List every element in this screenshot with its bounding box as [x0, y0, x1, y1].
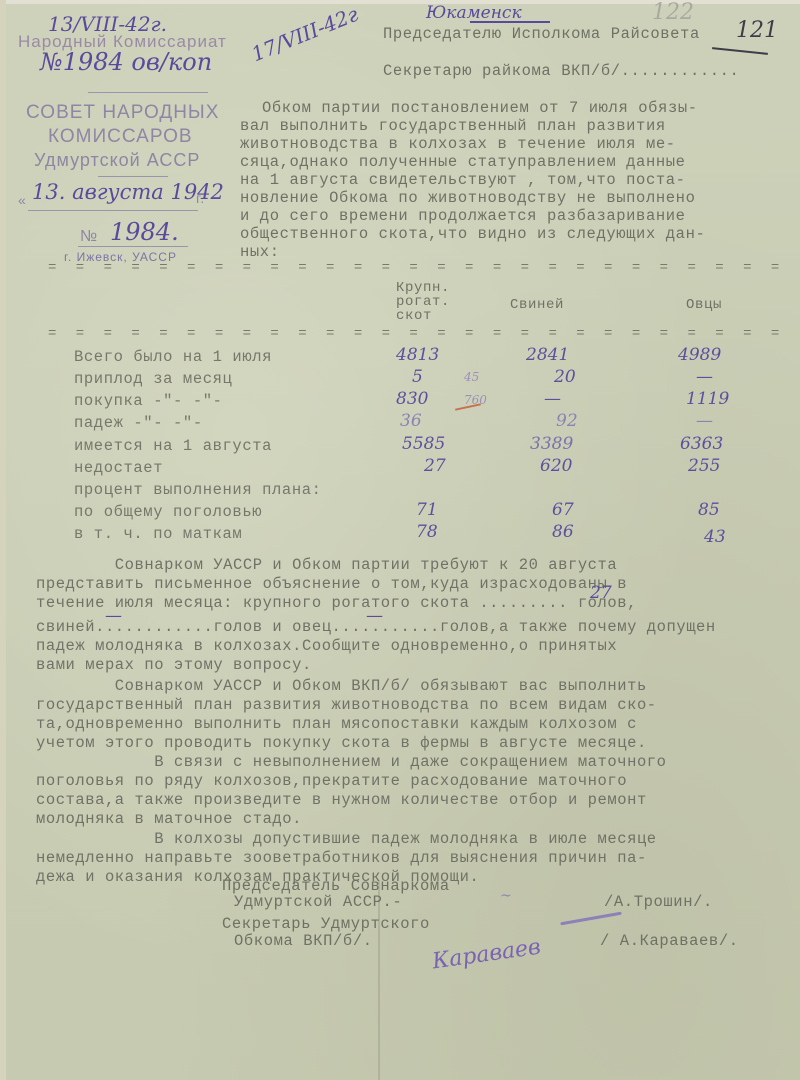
para-line: В колхозы допустившие падеж молодняка в …	[36, 830, 796, 850]
para-line: молодняка в маточное стадо.	[36, 810, 796, 830]
para-line: поголовья по ряду колхозов,прекратите ра…	[36, 772, 796, 792]
archive-number-ink: 121	[736, 18, 778, 43]
row-label: покупка -"- -"-	[74, 392, 223, 410]
cell-pigs: 620	[540, 456, 572, 476]
stamp-number-handwritten: 1984.	[110, 218, 179, 246]
cell-sheep: 4989	[678, 345, 721, 365]
stamp-org-line2: КОМИССАРОВ	[48, 126, 193, 148]
cell-cattle: 5	[412, 367, 423, 387]
cell-sheep: 255	[688, 456, 720, 476]
row-label: по общему поголовью	[74, 503, 262, 521]
stamp-number-prefix: №	[80, 228, 98, 246]
cell-pigs: 20	[554, 367, 576, 387]
para-line: В связи с невыполнением и даже сокращени…	[36, 753, 796, 773]
archive-number-pencil: 122	[652, 0, 694, 25]
column-header-sheep: Овцы	[686, 297, 722, 313]
signatory-title: Удмуртской АССР.-	[234, 893, 402, 911]
cell-sheep: 85	[698, 500, 720, 520]
stamp-date-underline	[28, 210, 198, 211]
column-header-cattle: Крупн. рогат. скот	[396, 281, 466, 323]
para-line: свиней............голов и овец..........…	[36, 618, 796, 638]
para-line: падеж молодняка в колхозах.Сообщите одно…	[36, 637, 796, 657]
intro-line: сяца,однако полученные статуправлением д…	[240, 153, 686, 171]
para-line: немедленно направьте зоовет­работников д…	[36, 849, 796, 869]
table-separator-top: = = = = = = = = = = = = = = = = = = = = …	[48, 260, 798, 276]
cell-sheep: —	[696, 411, 713, 431]
intro-line: Обком партии постановлением от 7 июля об…	[262, 99, 698, 117]
para-line: вами мерах по этому вопросу.	[36, 656, 796, 676]
signatory-name: / А.Караваев/.	[600, 932, 739, 950]
intro-line: вал выполнить государственный план разви…	[240, 117, 666, 135]
cell-cattle: 5585	[402, 434, 445, 454]
stamp-divider-2	[98, 176, 168, 177]
stamp-date-prefix: «	[18, 192, 27, 208]
cell-cattle: 78	[416, 522, 438, 542]
para-line: государственный план развития животновод…	[36, 696, 796, 716]
table-row: падеж -"- -"- 36 92 —	[74, 414, 774, 436]
cell-pigs: 92	[556, 411, 578, 431]
cell-pigs: 67	[552, 500, 574, 520]
column-header-pigs: Свиней	[510, 297, 564, 313]
intro-line: ных:	[240, 243, 280, 261]
table-row: Всего было на 1 июля 4813 2841 4989	[74, 348, 774, 370]
cell-cattle: 4813	[396, 345, 439, 365]
para-line: состава,а также произведите в нужном кол…	[36, 791, 796, 811]
fill-sheep-handwritten: —	[366, 606, 383, 626]
para-line: представить письменное объяснение о том,…	[36, 575, 796, 595]
table-separator-header: = = = = = = = = = = = = = = = = = = = = …	[48, 326, 798, 342]
paper-edge-left	[0, 0, 6, 1080]
cell-pigs: —	[544, 389, 561, 409]
intro-line: новление Обкома по животноводству не вып…	[240, 189, 695, 207]
table-row: покупка -"- -"- 830 760 — 1119	[74, 392, 774, 414]
fill-cattle-handwritten: 27	[590, 583, 612, 603]
cell-pigs: 3389	[530, 434, 573, 454]
cell-pigs: 86	[552, 522, 574, 542]
addressee-line1: Председателю Исполкома Райсовета	[383, 25, 700, 43]
signature-handwritten: ~	[500, 888, 512, 904]
addressee-line2: Секретарю райкома ВКП/б/............	[383, 62, 739, 80]
row-label: имеется на 1 августа	[74, 437, 272, 455]
cell-note: 45	[464, 370, 479, 384]
para-line: течение июля месяца: крупного рогатого с…	[36, 594, 796, 614]
row-label: Всего было на 1 июля	[74, 348, 272, 366]
cell-pigs: 2841	[526, 345, 569, 365]
row-label: недостает	[74, 459, 163, 477]
cell-sheep: 6363	[680, 434, 723, 454]
row-label: падеж -"- -"-	[74, 414, 203, 432]
handwritten-underline	[470, 21, 550, 23]
cell-sheep: 1119	[686, 389, 729, 409]
intro-line: на 1 августа свидетельствуют , том,что п…	[240, 171, 686, 189]
stamp-divider	[88, 92, 208, 93]
para-line: Совнарком УАССР и Обком ВКП/б/ обязывают…	[36, 677, 796, 697]
cell-sheep: 43	[704, 527, 726, 547]
cell-cattle: 27	[424, 456, 446, 476]
table-row: недостает 27 620 255	[74, 459, 774, 481]
para-line: та,одновременно выполнить план мясопоста…	[36, 715, 796, 735]
table-row: в т. ч. по маткам 78 86 43	[74, 525, 774, 547]
signatory-title: Обкома ВКП/б/.	[234, 932, 373, 950]
signatory-name: /А.Трошин/.	[604, 893, 713, 911]
row-label: в т. ч. по маткам	[74, 525, 242, 543]
intro-line: животноводства в колхозах в течение июля…	[240, 135, 676, 153]
cell-sheep: —	[696, 367, 713, 387]
intro-line: общественного скота,что видно из следующ…	[240, 225, 705, 243]
cell-cattle: 830	[396, 389, 428, 409]
intro-line: и до сего времени продолжается разбазари…	[240, 207, 686, 225]
organization-stamp: Народный Комиссариат 13/VIII-42г. №1984 …	[18, 10, 238, 260]
cell-cattle: 71	[416, 500, 438, 520]
stamp-date-suffix: г.	[196, 190, 205, 206]
stamp-org-line1: СОВЕТ НАРОДНЫХ	[26, 102, 219, 124]
cell-cattle: 36	[400, 411, 422, 431]
stamp-number-underline	[78, 246, 188, 247]
handwritten-place-yukamensk: Юкаменск	[426, 3, 522, 23]
stamp-org-line3: Удмуртской АССР	[34, 150, 200, 171]
stamp-handwritten-date: 13/VIII-42г.	[48, 12, 167, 36]
stamp-handwritten-number: №1984 ов/коп	[40, 48, 212, 76]
signatory-title: Секретарь Удмуртского	[222, 915, 430, 933]
fill-pigs-handwritten: —	[105, 606, 122, 626]
para-line: учетом этого проводить покупку скота в ф…	[36, 734, 796, 754]
row-label: приплод за месяц	[74, 370, 232, 388]
row-label-section: процент выполнения плана:	[74, 481, 322, 499]
para-line: Совнарком УАССР и Обком партии требуют к…	[36, 556, 796, 576]
